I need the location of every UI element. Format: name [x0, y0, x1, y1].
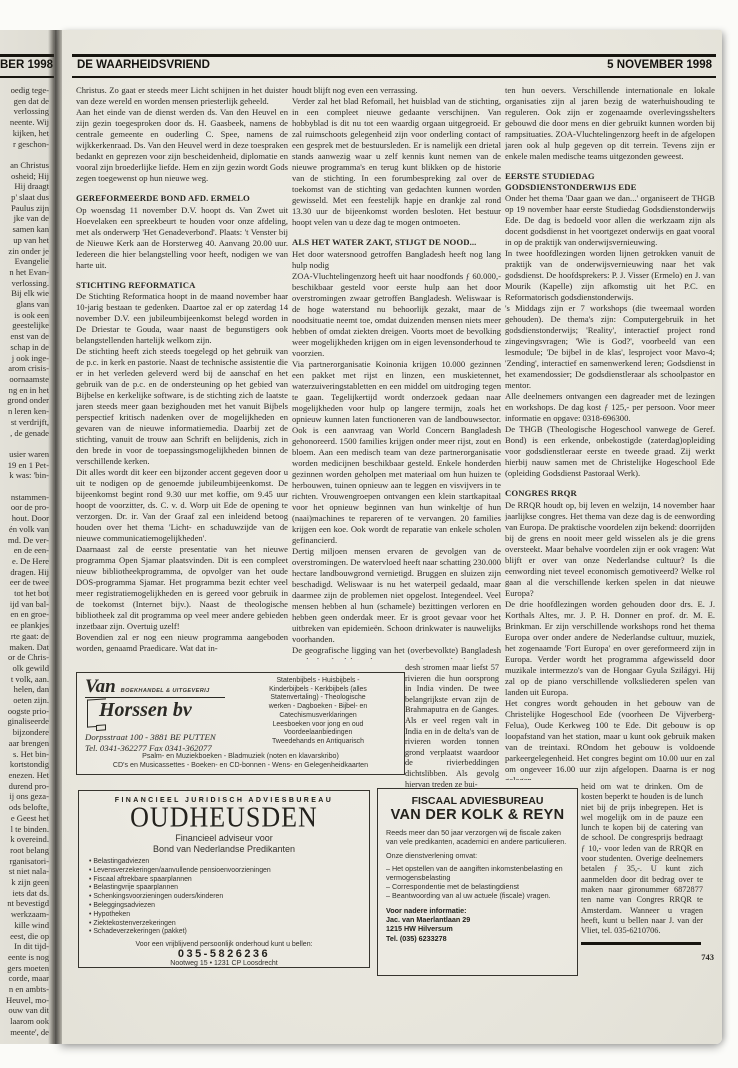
magazine-page: DE WAARHEIDSVRIEND 5 NOVEMBER 1998 Chris… — [58, 30, 722, 1044]
page-gutter-shadow — [48, 30, 62, 1044]
article-column-3: ten hun oevers. Verschillende internatio… — [505, 85, 715, 780]
previous-page-text-fragments: oedig tege- gen dat de verlossing neente… — [0, 85, 49, 1036]
end-of-page-rule — [581, 942, 701, 945]
masthead-rule — [72, 76, 716, 78]
scanned-magazine-page: { "masthead": { "left": "DE WAARHEIDSVRI… — [0, 0, 738, 1068]
paragraph: In twee hoofdlezingen worden lijnen getr… — [505, 248, 715, 303]
paragraph: De THGB (Theologische Hogeschool vanwege… — [505, 424, 715, 479]
paragraph: Dit alles wordt dit keer een bijzonder a… — [76, 467, 288, 544]
paragraph: De stichting heeft zich steeds toegelegd… — [76, 346, 288, 467]
logo-name-bottom: Horssen bv — [99, 699, 237, 721]
ad-address: Nootweg 15 • 1231 CP Loosdrecht — [89, 960, 359, 967]
logo-tagline: BOEKHANDEL & UITGEVERIJ — [121, 688, 210, 697]
previous-page-edge: BER 1998 oedig tege- gen dat de verlossi… — [0, 30, 54, 1044]
masthead-rule — [0, 54, 54, 57]
ad-footer-lines: Psalm- en Muziekboeken - Bladmuziek (not… — [77, 752, 404, 770]
ad-oudheusden: FINANCIEEL JURIDISCH ADVIESBUREAU OUDHEU… — [78, 790, 370, 968]
paragraph: Het congres wordt gehouden in het gebouw… — [505, 698, 715, 781]
section-heading: EERSTE STUDIEDAG GODSDIENSTONDERWIJS EDE — [505, 171, 715, 192]
paragraph: Verder zal het blad Refomail, het huisbl… — [292, 96, 501, 228]
ad-address: Dorpsstraat 100 - 3881 BE PUTTEN Tel. 03… — [85, 732, 265, 753]
ad-wordmark: OUDHEUSDEN — [89, 803, 359, 832]
paragraph: Via partnerorganisatie Koinonia krijgen … — [292, 359, 501, 546]
section-heading: ALS HET WATER ZAKT, STIJGT DE NOOD... — [292, 237, 501, 248]
paragraph: Onder het thema 'Daar gaan we dan...' or… — [505, 193, 715, 248]
ad-phone-number: 035-5826236 — [89, 948, 359, 960]
paragraph: 's Middags zijn er 7 workshops (die twee… — [505, 303, 715, 391]
paragraph: De RRQR houdt op, bij leven en welzijn, … — [505, 500, 715, 599]
ad-services-label: Onze dienstverlening omvat: — [386, 851, 569, 860]
section-heading: CONGRES RRQR — [505, 488, 715, 499]
ad-product-list: Statenbijbels - Huisbijbels - Kinderbijb… — [239, 677, 397, 747]
paragraph: Christus. Zo gaat er steeds meer Licht s… — [76, 85, 288, 107]
paragraph: Bovendien zal er nog een nieuw programma… — [76, 632, 288, 654]
article-column-3-wrap: heid om wat te drinken. Om de kosten bep… — [581, 782, 703, 936]
ad-intro: Reeds meer dan 50 jaar verzorgen wij de … — [386, 828, 569, 846]
logo-name-top: Van — [85, 677, 116, 697]
ad-info-label: Voor nadere informatie: — [386, 906, 569, 915]
ad-van-horssen: Van BOEKHANDEL & UITGEVERIJ Horssen bv D… — [76, 672, 405, 775]
publication-title: DE WAARHEIDSVRIEND — [77, 59, 210, 71]
ad-title-line-2: VAN DER KOLK & REYN — [386, 807, 569, 823]
masthead-rule — [0, 76, 54, 78]
book-icon — [87, 698, 106, 727]
article-column-2: houdt blijft nog even een verrassing. Ve… — [292, 85, 501, 659]
article-column-1: Christus. Zo gaat er steeds meer Licht s… — [76, 85, 288, 669]
paragraph: De drie hoofdlezingen worden gehouden do… — [505, 599, 715, 698]
paragraph: houdt blijft nog even een verrassing. — [292, 85, 501, 96]
paragraph: Dertig miljoen mensen ervaren de gevolge… — [292, 546, 501, 645]
issue-date: 5 NOVEMBER 1998 — [607, 59, 712, 71]
ad-call-line: Voor een vrijblijvend persoonlijk onderh… — [89, 941, 359, 948]
ad-subtitle: Financieel adviseur voor Bond van Nederl… — [89, 833, 359, 854]
ad-services-list: • Belastingadviezen • Levensverzekeringe… — [89, 858, 359, 937]
paragraph: Alle deelnemers ontvangen een dagreader … — [505, 391, 715, 424]
paragraph: De Stichting Reformatica hoopt in de maa… — [76, 291, 288, 346]
section-heading: STICHTING REFORMATICA — [76, 280, 288, 291]
paragraph: ten hun oevers. Verschillende internatio… — [505, 85, 715, 162]
ad-services-list: – Het opstellen van de aangiften inkomst… — [386, 864, 569, 900]
paragraph: Op woensdag 11 november D.V. hoopt ds. V… — [76, 205, 288, 271]
article-column-2-wrap: desh stromen maar liefst 57 rivieren die… — [405, 663, 499, 805]
paragraph: Aan het einde van de dienst werden ds. V… — [76, 107, 288, 184]
logo-top-row: Van BOEKHANDEL & UITGEVERIJ — [85, 677, 225, 698]
article-column-3-tail: heid om wat te drinken. Om de kosten bep… — [581, 782, 714, 962]
masthead-rule — [72, 54, 716, 57]
paragraph: Daarnaast zal de eerste presentatie van … — [76, 544, 288, 632]
ad-title-line-1: FISCAAL ADVIESBUREAU — [386, 795, 569, 807]
section-heading: GEREFORMEERDE BOND AFD. ERMELO — [76, 193, 288, 204]
paragraph: De geografische ligging van het (overbev… — [292, 645, 501, 660]
van-horssen-logo: Van BOEKHANDEL & UITGEVERIJ Horssen bv — [85, 677, 237, 729]
page-number: 743 — [581, 952, 714, 962]
previous-page-date-fragment: BER 1998 — [0, 59, 49, 71]
paragraph: Het door watersnood getroffen Bangladesh… — [292, 249, 501, 271]
paragraph: ZOA-Vluchtelingenzorg heeft uit haar noo… — [292, 271, 501, 359]
ad-contact-info: Jac. van Maerlantlaan 29 1215 HW Hilvers… — [386, 915, 569, 943]
ad-van-der-kolk-reyn: FISCAAL ADVIESBUREAU VAN DER KOLK & REYN… — [377, 788, 578, 976]
